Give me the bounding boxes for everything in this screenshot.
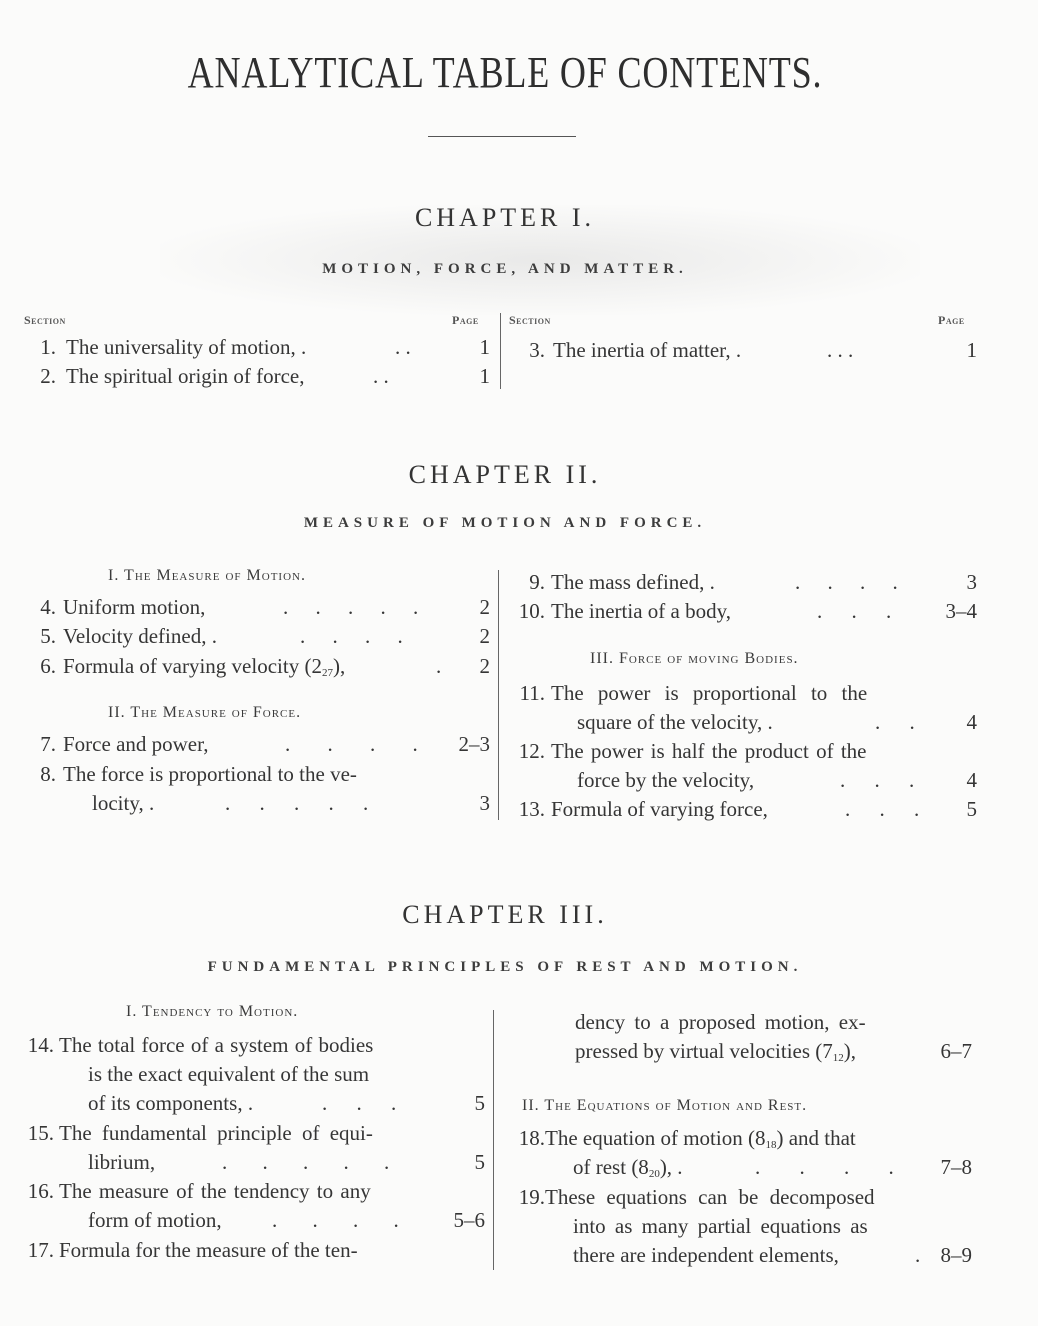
chapter-heading: CHAPTER III. [0, 900, 1010, 930]
chapter-heading: CHAPTER II. [0, 460, 1010, 490]
section-number: 5. [20, 623, 56, 649]
page-title: ANALYTICAL TABLE OF CONTENTS. [91, 47, 919, 98]
entry-title: Formula of varying force, [551, 796, 768, 822]
dot-leader: . . [373, 363, 389, 389]
page-number: 5 [925, 796, 977, 822]
entry-title: The equation of motion (8 [545, 1126, 765, 1150]
entry-title-suffix: ), [844, 1039, 856, 1063]
entry-title-suffix: ), [333, 654, 345, 678]
dot-leader: . . . . [300, 623, 403, 649]
toc-entry[interactable]: 15. The fundamental principle of equi- l… [0, 1120, 490, 1176]
page-number: 5–6 [440, 1207, 485, 1233]
section-number: 15. [14, 1120, 54, 1146]
toc-entry[interactable]: 18. The equation of motion (818) and tha… [500, 1125, 990, 1181]
entry-title-continuation: locity, . [92, 790, 154, 816]
formula-subscript: 27 [322, 667, 333, 679]
entry-title-continuation: pressed by virtual velocities (7 [575, 1039, 833, 1063]
entry-title: The spiritual origin of force, [66, 363, 305, 389]
column-divider [498, 570, 499, 820]
page-number: 1 [440, 363, 490, 389]
entry-title: The force is proportional to the ve- [63, 761, 357, 787]
page-number: 4 [925, 709, 977, 735]
section-number: 18. [505, 1125, 545, 1151]
toc-entry-continued[interactable]: dency to a proposed motion, ex- pressed … [500, 1009, 990, 1065]
toc-entry[interactable]: 12. The power is half the product of the… [505, 738, 985, 794]
section-number: 1. [20, 334, 56, 360]
entry-title-continuation: librium, [88, 1149, 155, 1175]
page-number: 1 [440, 334, 490, 360]
entry-title: The power is proportional to the [551, 680, 867, 706]
subsection-heading: I. Tendency to Motion. [126, 1003, 298, 1021]
dot-leader: . . . [840, 767, 914, 793]
formula-subscript: 20 [649, 1168, 660, 1180]
dot-leader: . . [875, 709, 915, 735]
entry-title-continuation: square of the velocity, . [577, 709, 773, 735]
page-number: 6–7 [920, 1038, 972, 1064]
dot-leader: . . . [827, 337, 853, 363]
dot-leader: . . . . [795, 569, 898, 595]
section-number: 10. [505, 598, 545, 624]
toc-entry[interactable]: 16. The measure of the tendency to any f… [0, 1178, 490, 1234]
entry-title: The inertia of a body, [551, 598, 731, 624]
page-number: 3 [925, 569, 977, 595]
entry-title-continuation: into as many partial equations as [573, 1213, 868, 1239]
entry-title-continuation: of rest (8 [573, 1155, 649, 1179]
dot-leader: . . . . . [222, 1149, 389, 1175]
dot-leader: . . [395, 334, 411, 360]
section-number: 19. [505, 1184, 545, 1210]
entry-title: Formula of varying velocity (2 [63, 654, 322, 678]
page-number: 5 [440, 1149, 485, 1175]
section-number: 14. [14, 1032, 54, 1058]
page-number: 7–8 [920, 1154, 972, 1180]
chapter-heading: CHAPTER I. [0, 203, 1010, 233]
entry-title-continuation: of its components, . [88, 1090, 253, 1116]
page-column-header: Page [452, 313, 479, 328]
section-number: 7. [20, 731, 56, 757]
page-number: 5 [440, 1090, 485, 1116]
toc-entry[interactable]: 11. The power is proportional to the squ… [505, 680, 985, 736]
subsection-heading: III. Force of moving Bodies. [590, 650, 799, 668]
entry-title-continuation: is the exact equivalent of the sum [88, 1061, 369, 1087]
entry-title: These equations can be decomposed [545, 1184, 875, 1210]
section-number: 4. [20, 594, 56, 620]
chapter-subtitle: MEASURE OF MOTION AND FORCE. [0, 515, 1010, 532]
section-column-header: Section [509, 313, 551, 328]
dot-leader: . . . [322, 1090, 396, 1116]
subsection-heading: II. The Measure of Force. [108, 704, 301, 722]
subsection-heading: I. The Measure of Motion. [108, 567, 306, 585]
entry-title: The measure of the tendency to any [59, 1178, 371, 1204]
page-number: 2 [440, 653, 490, 679]
entry-title: Uniform motion, [63, 594, 205, 620]
column-divider [493, 1010, 494, 1270]
entry-title: The total force of a system of bodies [59, 1032, 373, 1058]
section-number: 13. [505, 796, 545, 822]
dot-leader: . . . [845, 796, 919, 822]
page-number: 3 [440, 790, 490, 816]
section-number: 2. [20, 363, 56, 389]
chapter-subtitle: FUNDAMENTAL PRINCIPLES OF REST AND MOTIO… [0, 959, 1010, 976]
column-divider [500, 313, 501, 389]
entry-title: The power is half the product of the [551, 738, 867, 764]
section-number: 9. [509, 569, 545, 595]
entry-title: The universality of motion, . [66, 334, 306, 360]
section-number: 12. [505, 738, 545, 764]
page-number: 4 [925, 767, 977, 793]
page-number: 8–9 [920, 1242, 972, 1268]
title-rule-divider [428, 136, 576, 137]
section-number: 17. [14, 1237, 54, 1263]
page-number: 2 [440, 594, 490, 620]
section-number: 8. [20, 761, 56, 787]
page-column-header: Page [938, 313, 965, 328]
dot-leader: . . . [817, 598, 891, 624]
page-number: 2–3 [440, 731, 490, 757]
dot-leader: . . . . . [225, 790, 368, 816]
entry-title-continuation: dency to a proposed motion, ex- [575, 1009, 866, 1035]
dot-leader: . . . . [285, 731, 418, 757]
dot-leader: . . . . . [283, 594, 418, 620]
section-number: 3. [509, 337, 545, 363]
entry-title-continuation: there are independent elements, [573, 1242, 839, 1268]
dot-leader: . . . . [272, 1207, 399, 1233]
entry-title: The mass defined, . [551, 569, 715, 595]
dot-leader: . . . . [755, 1154, 894, 1180]
entry-title: The fundamental principle of equi- [59, 1120, 373, 1146]
entry-title-continuation: form of motion, [88, 1207, 222, 1233]
entry-title: Force and power, [63, 731, 209, 757]
formula-subscript: 18 [765, 1139, 776, 1151]
section-number: 16. [14, 1178, 54, 1204]
page-number: 3–4 [925, 598, 977, 624]
entry-title: Formula for the measure of the ten- [59, 1237, 358, 1263]
entry-title-suffix: ) and that [776, 1126, 855, 1150]
entry-title-suffix: ), . [660, 1155, 683, 1179]
page-number: 2 [440, 623, 490, 649]
entry-title-continuation: force by the velocity, [577, 767, 754, 793]
toc-entry[interactable]: 14. The total force of a system of bodie… [0, 1032, 490, 1116]
toc-entry[interactable]: 8. The force is proportional to the ve- … [0, 761, 495, 817]
entry-title: The inertia of matter, . [553, 337, 741, 363]
page-number: 1 [925, 337, 977, 363]
subsection-heading: II. The Equations of Motion and Rest. [522, 1097, 807, 1115]
formula-subscript: 12 [833, 1052, 844, 1064]
section-number: 6. [20, 653, 56, 679]
section-number: 11. [505, 680, 545, 706]
section-column-header: Section [24, 313, 66, 328]
chapter-subtitle: MOTION, FORCE, AND MATTER. [0, 261, 1010, 278]
toc-entry[interactable]: 19. These equations can be decomposed in… [500, 1184, 990, 1268]
entry-title: Velocity defined, . [63, 623, 217, 649]
